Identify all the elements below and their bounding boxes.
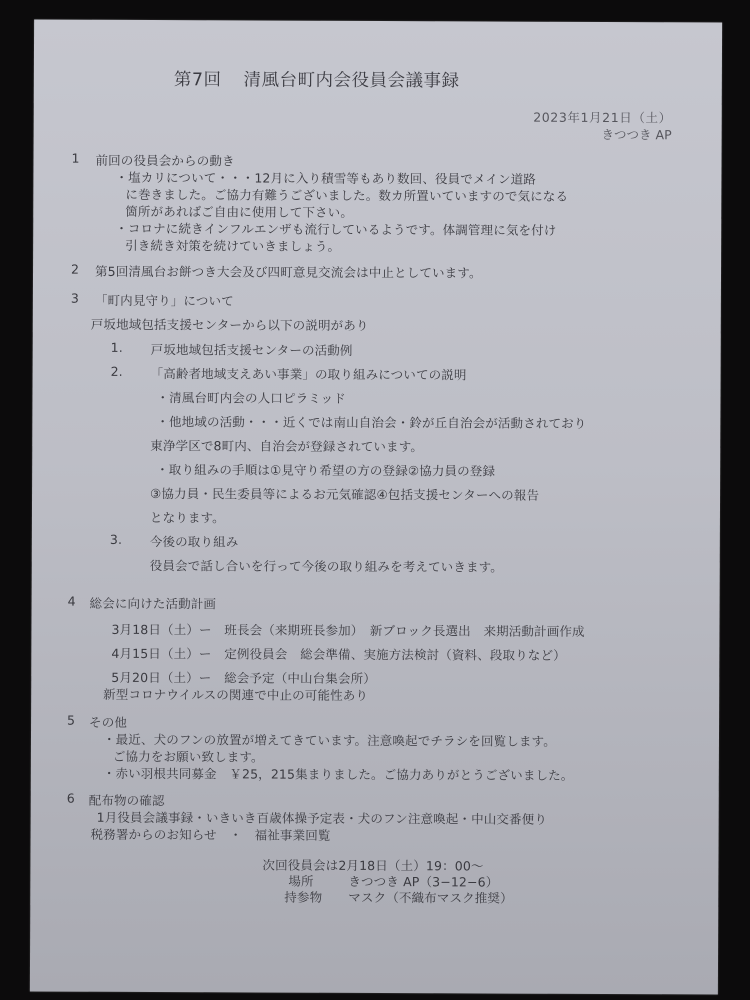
- subitem-number: 1.: [111, 340, 123, 355]
- section-6-line: 税務署からのお知らせ ・ 福祉事業回覧: [91, 825, 331, 844]
- section-4-number: 4: [68, 594, 76, 609]
- sub2-line: 東浄学区で8町内、自治会が登録されています。: [150, 436, 423, 455]
- title-text: 清風台町内会役員会議事録: [243, 70, 459, 91]
- section-1-number: 1: [71, 151, 79, 166]
- sub2-line: ・取り組みの手順は①見守り希望の方の登録②協力員の登録: [156, 460, 495, 479]
- section-5-heading: その他: [89, 713, 127, 731]
- sub3-line: 役員会で話し合いを行って今後の取り組みを考えていきます。: [150, 556, 503, 576]
- section-3-heading: 「町内見守り」について: [95, 291, 234, 310]
- sub2-line: となります。: [150, 508, 225, 526]
- paper-document: 第7回清風台町内会役員会議事録 2023年1月21日（土） きつつき AP 1 …: [30, 20, 722, 995]
- subitem-text: 「高齢者地域支えあい事業」の取り組みについての説明: [151, 364, 467, 383]
- section-1-line: 箇所があればご自由に使用して下さい。: [125, 202, 353, 221]
- schedule-note: 新型コロナウイルスの関連で中止の可能性あり: [103, 685, 368, 704]
- section-5-line: ご協力をお願い致します。: [113, 747, 264, 766]
- section-6-heading: 配布物の確認: [89, 791, 165, 809]
- author: きつつき AP: [602, 125, 672, 143]
- section-4-heading: 総会に向けた活動計画: [90, 594, 217, 613]
- schedule-line: 3月18日（土）ー 班長会（来期班長参加） 新ブロック長選出 来期活動計画作成: [111, 620, 584, 640]
- next-meeting-bring-label: 持参物: [284, 888, 322, 906]
- subitem-number: 3.: [110, 532, 122, 547]
- meeting-date: 2023年1月21日（土）: [533, 108, 672, 127]
- section-1-heading: 前回の役員会からの動き: [95, 151, 234, 170]
- document-title: 第7回清風台町内会役員会議事録: [174, 66, 460, 92]
- section-3-number: 3: [71, 291, 79, 306]
- section-1-line: 引き続き対策を続けていきましょう。: [125, 236, 340, 255]
- schedule-line: 4月15日（土）ー 定例役員会 総会準備、実施方法検討（資料、段取りなど）: [111, 644, 565, 664]
- subitem-number: 2.: [111, 364, 123, 379]
- section-3-intro: 戸坂地域包括支援センターから以下の説明があり: [91, 315, 369, 334]
- subitem-text: 戸坂地域包括支援センターの活動例: [151, 340, 353, 359]
- sub2-line: ・他地域の活動・・・近くでは南山自治会・鈴が丘自治会が活動されており: [156, 412, 586, 432]
- sub2-line: ③協力員・民生委員等によるお元気確認④包括支援センターへの報告: [150, 484, 539, 504]
- section-2-heading: 第5回清風台お餅つき大会及び四町意見交流会は中止としています。: [95, 262, 482, 282]
- title-number: 第7回: [174, 70, 222, 90]
- section-2-number: 2: [71, 262, 79, 277]
- next-meeting-bring-value: マスク（不織布マスク推奨）: [348, 888, 513, 907]
- section-6-number: 6: [67, 791, 75, 806]
- sub2-line: ・清風台町内会の人口ピラミッド: [156, 388, 346, 407]
- subitem-text: 今後の取り組み: [150, 532, 239, 550]
- section-5-line: ・赤い羽根共同募金 ￥25，215集まりました。ご協力ありがとうございました。: [103, 764, 574, 784]
- section-5-number: 5: [67, 713, 75, 728]
